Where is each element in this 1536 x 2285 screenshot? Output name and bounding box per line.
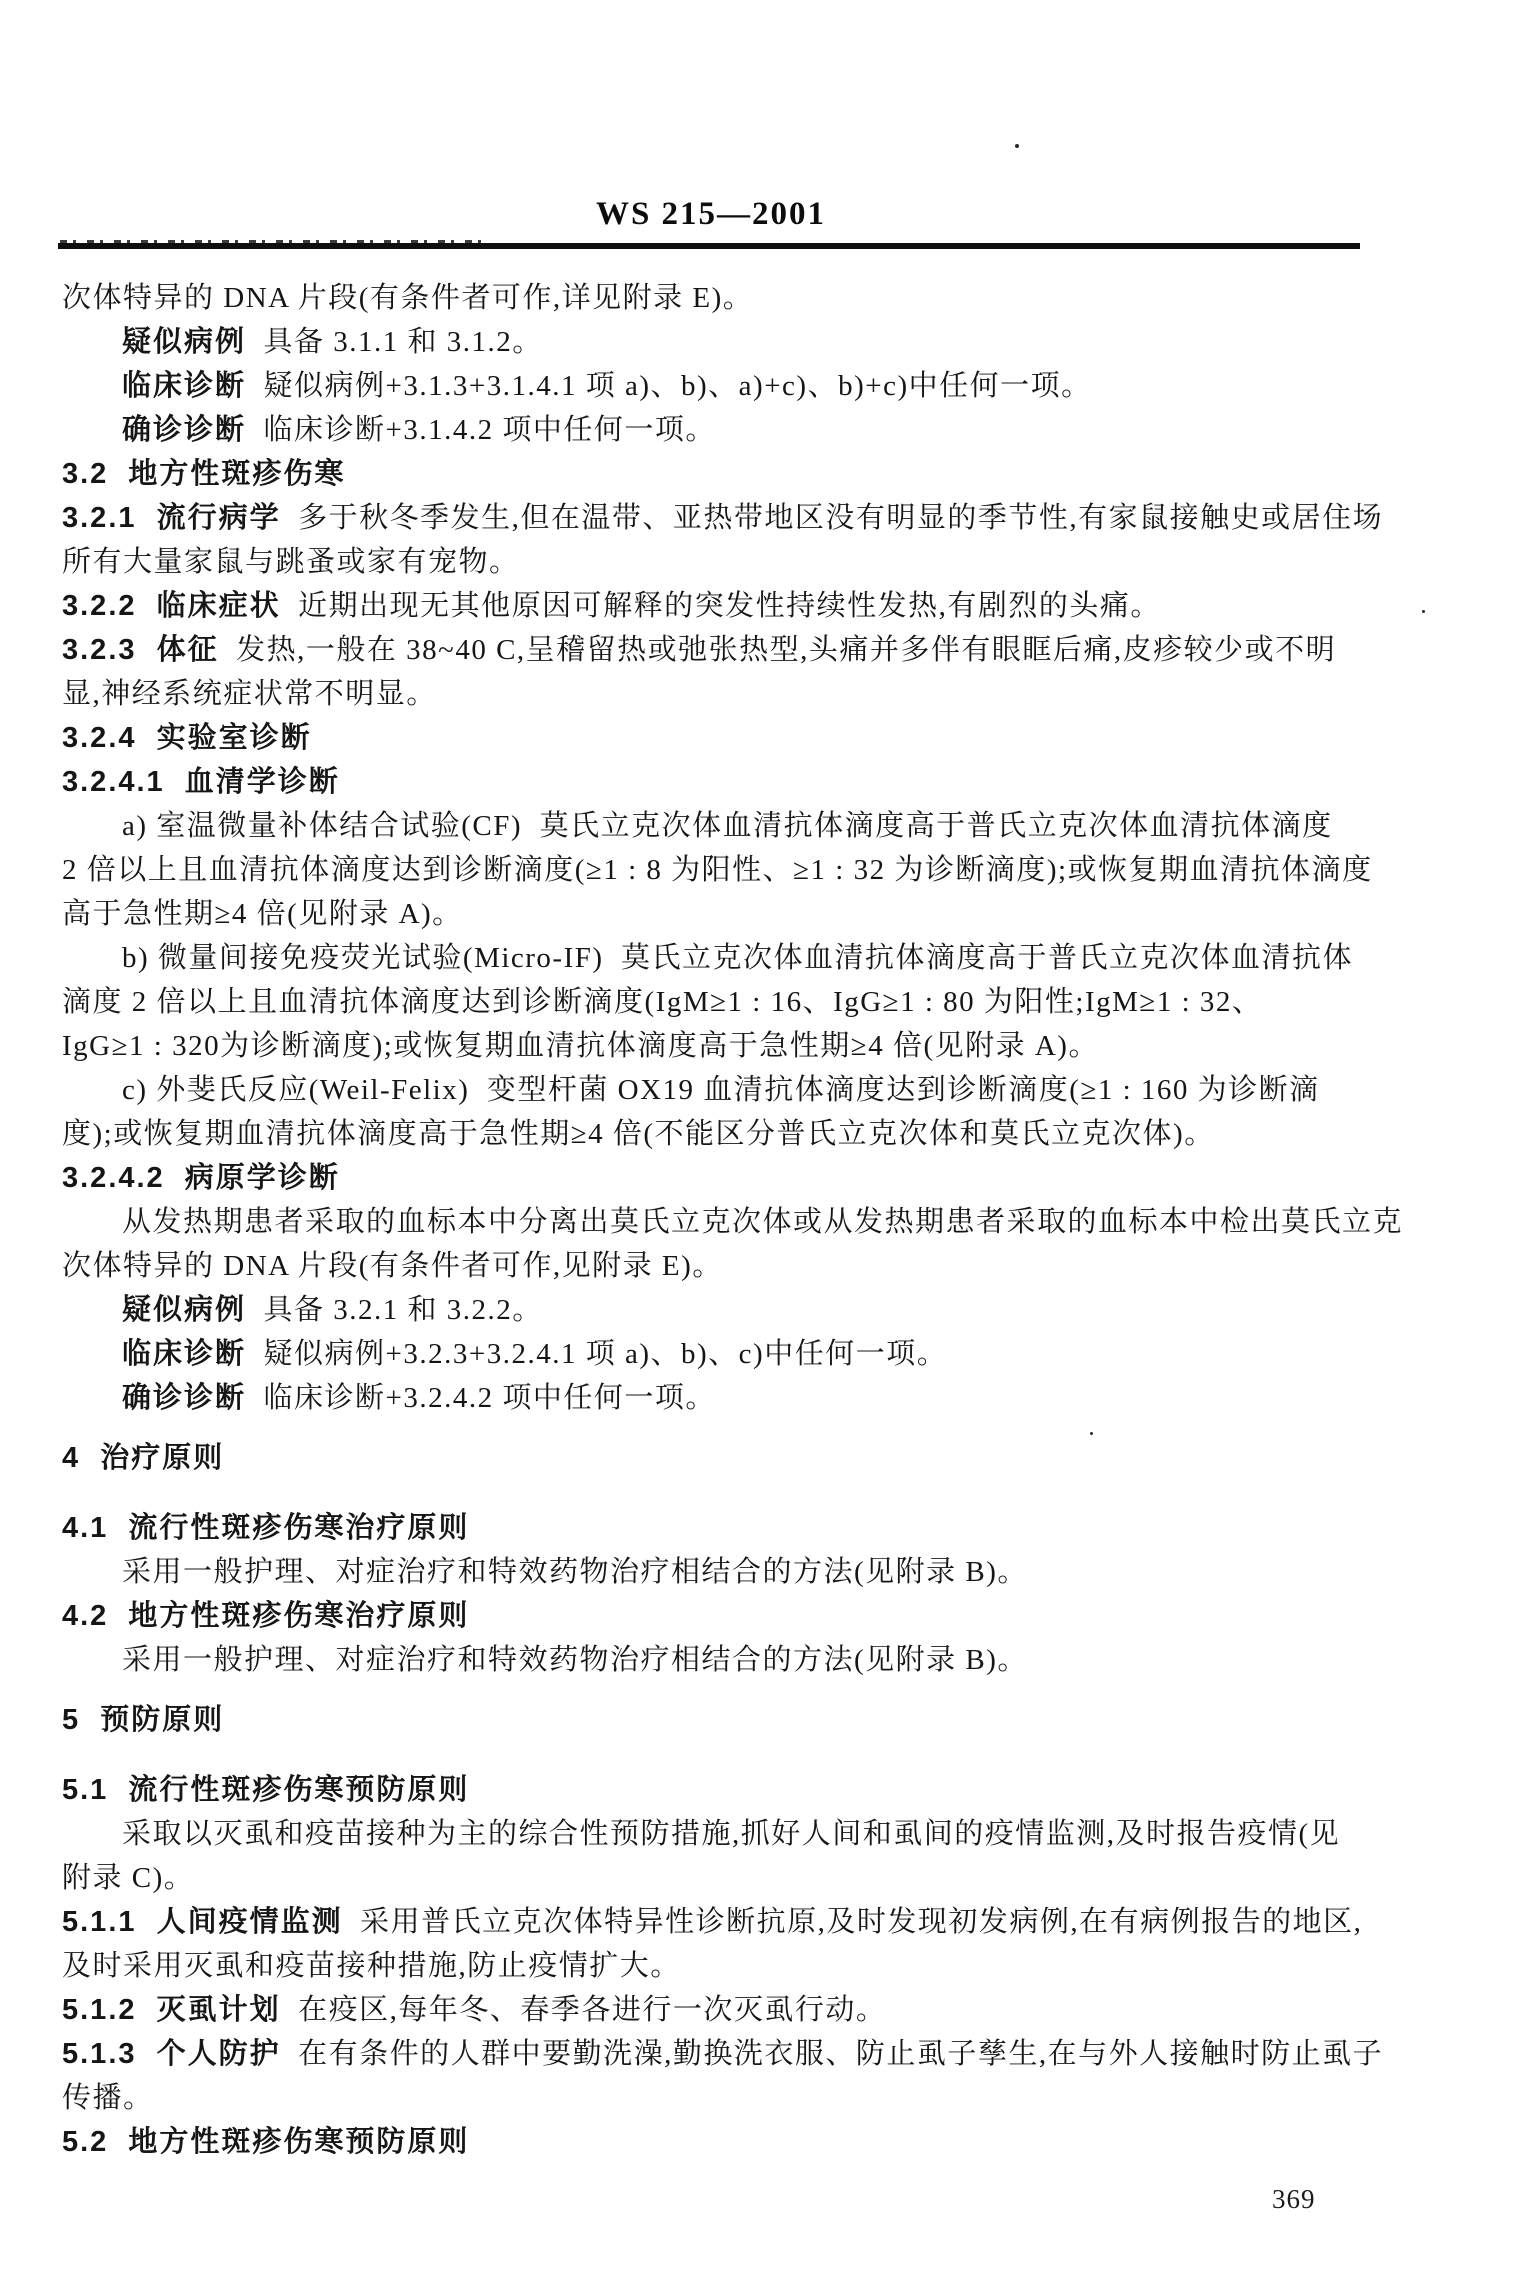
text-line: 度);或恢复期血清抗体滴度高于急性期≥4 倍(不能区分普氏立克次体和莫氏立克次体… [62,1112,1466,1156]
text-line: 显,神经系统症状常不明显。 [62,672,1466,716]
text-line: 5.2 地方性斑疹伤寒预防原则 [62,2120,1466,2164]
text-segment: 疑似病例+3.1.3+3.1.4.1 项 a)、b)、a)+c)、b)+c)中任… [246,370,1092,402]
text-line: 4.1 流行性斑疹伤寒治疗原则 [62,1506,1466,1550]
clause-label: 5.1.1 人间疫情监测 [62,1906,343,1938]
text-segment: 滴度 2 倍以上且血清抗体滴度达到诊断滴度(IgM≥1 : 16、IgG≥1 :… [62,986,1262,1018]
text-segment: 所有大量家鼠与跳蚤或家有宠物。 [62,546,520,578]
text-line: 所有大量家鼠与跳蚤或家有宠物。 [62,540,1466,584]
clause-label: 4 治疗原则 [62,1442,224,1474]
text-line: 采用一般护理、对症治疗和特效药物治疗相结合的方法(见附录 B)。 [62,1550,1466,1594]
text-segment: 具备 3.2.1 和 3.2.2。 [246,1294,543,1326]
scan-speck [1422,610,1425,613]
text-line: a) 室温微量补体结合试验(CF) 莫氏立克次体血清抗体滴度高于普氏立克次体血清… [62,804,1466,848]
text-line: b) 微量间接免疫荧光试验(Micro-IF) 莫氏立克次体血清抗体滴度高于普氏… [62,936,1466,980]
text-segment: 采取以灭虱和疫苗接种为主的综合性预防措施,抓好人间和虱间的疫情监测,及时报告疫情… [122,1818,1340,1850]
text-line: 疑似病例 具备 3.2.1 和 3.2.2。 [62,1288,1466,1332]
text-segment: c) 外斐氏反应(Weil-Felix) 变型杆菌 OX19 血清抗体滴度达到诊… [122,1074,1320,1106]
clause-label: 确诊诊断 [122,414,246,446]
scanned-standard-page: WS 215—2001 次体特异的 DNA 片段(有条件者可作,详见附录 E)。… [0,0,1536,2285]
running-head: WS 215—2001 [62,196,1360,233]
text-line: 从发热期患者采取的血标本中分离出莫氏立克次体或从发热期患者采取的血标本中检出莫氏… [62,1200,1466,1244]
clause-label: 3.2.2 临床症状 [62,590,281,622]
text-line: 高于急性期≥4 倍(见附录 A)。 [62,892,1466,936]
text-segment: 临床诊断+3.1.4.2 项中任何一项。 [246,414,716,446]
text-line: 临床诊断 疑似病例+3.1.3+3.1.4.1 项 a)、b)、a)+c)、b)… [62,364,1466,408]
section-heading-line: 5 预防原则 [62,1698,1466,1742]
text-line: 2 倍以上且血清抗体滴度达到诊断滴度(≥1 : 8 为阳性、≥1 : 32 为诊… [62,848,1466,892]
text-line: 确诊诊断 临床诊断+3.1.4.2 项中任何一项。 [62,408,1466,452]
scan-speck [1090,1432,1093,1435]
section-heading-line: 4 治疗原则 [62,1436,1466,1480]
clause-label: 5.1.3 个人防护 [62,2038,281,2070]
clause-label: 4.2 地方性斑疹伤寒治疗原则 [62,1600,469,1632]
text-line: 临床诊断 疑似病例+3.2.3+3.2.4.1 项 a)、b)、c)中任何一项。 [62,1332,1466,1376]
text-line: 疑似病例 具备 3.1.1 和 3.1.2。 [62,320,1466,364]
text-segment: b) 微量间接免疫荧光试验(Micro-IF) 莫氏立克次体血清抗体滴度高于普氏… [122,942,1353,974]
text-line: 3.2 地方性斑疹伤寒 [62,452,1466,496]
clause-label: 5.2 地方性斑疹伤寒预防原则 [62,2126,469,2158]
clause-label: 疑似病例 [122,326,246,358]
text-line: 5.1.2 灭虱计划 在疫区,每年冬、春季各进行一次灭虱行动。 [62,1988,1466,2032]
text-line: 5.1.1 人间疫情监测 采用普氏立克次体特异性诊断抗原,及时发现初发病例,在有… [62,1900,1466,1944]
text-segment: 次体特异的 DNA 片段(有条件者可作,见附录 E)。 [62,1250,723,1282]
text-line: 3.2.4.2 病原学诊断 [62,1156,1466,1200]
clause-label: 3.2.1 流行病学 [62,502,281,534]
text-segment: 传播。 [62,2082,154,2114]
text-segment: 在疫区,每年冬、春季各进行一次灭虱行动。 [281,1994,887,2026]
text-line: 5.1 流行性斑疹伤寒预防原则 [62,1768,1466,1812]
clause-label: 3.2 地方性斑疹伤寒 [62,458,345,490]
text-segment: 显,神经系统症状常不明显。 [62,678,437,710]
text-line: 滴度 2 倍以上且血清抗体滴度达到诊断滴度(IgM≥1 : 16、IgG≥1 :… [62,980,1466,1024]
text-line: 附录 C)。 [62,1856,1466,1900]
text-segment: 高于急性期≥4 倍(见附录 A)。 [62,898,463,930]
clause-label: 3.2.4 实验室诊断 [62,722,312,754]
text-segment: 采用普氏立克次体特异性诊断抗原,及时发现初发病例,在有病例报告的地区, [343,1906,1363,1938]
document-body: 次体特异的 DNA 片段(有条件者可作,详见附录 E)。疑似病例 具备 3.1.… [62,276,1466,2164]
clause-label: 5.1.2 灭虱计划 [62,1994,281,2026]
text-line: 采用一般护理、对症治疗和特效药物治疗相结合的方法(见附录 B)。 [62,1638,1466,1682]
text-line: 3.2.2 临床症状 近期出现无其他原因可解释的突发性持续性发热,有剧烈的头痛。 [62,584,1466,628]
text-line: 3.2.3 体征 发热,一般在 38~40 C,呈稽留热或弛张热型,头痛并多伴有… [62,628,1466,672]
text-line: 3.2.1 流行病学 多于秋冬季发生,但在温带、亚热带地区没有明显的季节性,有家… [62,496,1466,540]
page-number: 369 [1272,2184,1316,2215]
text-segment: IgG≥1 : 320为诊断滴度);或恢复期血清抗体滴度高于急性期≥4 倍(见附… [62,1030,1099,1062]
clause-label: 3.2.4.1 血清学诊断 [62,766,340,798]
text-segment: 临床诊断+3.2.4.2 项中任何一项。 [246,1382,716,1414]
text-segment: 附录 C)。 [62,1862,194,1894]
text-line: 3.2.4.1 血清学诊断 [62,760,1466,804]
text-line: 5.1.3 个人防护 在有条件的人群中要勤洗澡,勤换洗衣服、防止虱子孳生,在与外… [62,2032,1466,2076]
text-line: 确诊诊断 临床诊断+3.2.4.2 项中任何一项。 [62,1376,1466,1420]
text-segment: 疑似病例+3.2.3+3.2.4.1 项 a)、b)、c)中任何一项。 [246,1338,947,1370]
clause-label: 5.1 流行性斑疹伤寒预防原则 [62,1774,469,1806]
text-line: c) 外斐氏反应(Weil-Felix) 变型杆菌 OX19 血清抗体滴度达到诊… [62,1068,1466,1112]
clause-label: 3.2.3 体征 [62,634,219,666]
clause-label: 3.2.4.2 病原学诊断 [62,1162,340,1194]
text-line: 次体特异的 DNA 片段(有条件者可作,详见附录 E)。 [62,276,1466,320]
text-segment: 近期出现无其他原因可解释的突发性持续性发热,有剧烈的头痛。 [281,590,1161,622]
text-segment: 度);或恢复期血清抗体滴度高于急性期≥4 倍(不能区分普氏立克次体和莫氏立克次体… [62,1118,1215,1150]
text-line: 3.2.4 实验室诊断 [62,716,1466,760]
clause-label: 疑似病例 [122,1294,246,1326]
clause-label: 临床诊断 [122,370,246,402]
scan-speck [1015,144,1019,148]
text-segment: 采用一般护理、对症治疗和特效药物治疗相结合的方法(见附录 B)。 [122,1556,1028,1588]
text-segment: 次体特异的 DNA 片段(有条件者可作,详见附录 E)。 [62,282,753,314]
text-segment: a) 室温微量补体结合试验(CF) 莫氏立克次体血清抗体滴度高于普氏立克次体血清… [122,810,1333,842]
text-line: 采取以灭虱和疫苗接种为主的综合性预防措施,抓好人间和虱间的疫情监测,及时报告疫情… [62,1812,1466,1856]
text-segment: 2 倍以上且血清抗体滴度达到诊断滴度(≥1 : 8 为阳性、≥1 : 32 为诊… [62,854,1373,886]
text-segment: 在有条件的人群中要勤洗澡,勤换洗衣服、防止虱子孳生,在与外人接触时防止虱子 [281,2038,1384,2070]
text-line: 传播。 [62,2076,1466,2120]
text-line: IgG≥1 : 320为诊断滴度);或恢复期血清抗体滴度高于急性期≥4 倍(见附… [62,1024,1466,1068]
text-segment: 及时采用灭虱和疫苗接种措施,防止疫情扩大。 [62,1950,681,1982]
clause-label: 4.1 流行性斑疹伤寒治疗原则 [62,1512,469,1544]
text-line: 及时采用灭虱和疫苗接种措施,防止疫情扩大。 [62,1944,1466,1988]
header-rule [58,243,1360,249]
clause-label: 确诊诊断 [122,1382,246,1414]
text-segment: 多于秋冬季发生,但在温带、亚热带地区没有明显的季节性,有家鼠接触史或居住场 [281,502,1384,534]
text-line: 次体特异的 DNA 片段(有条件者可作,见附录 E)。 [62,1244,1466,1288]
text-segment: 发热,一般在 38~40 C,呈稽留热或弛张热型,头痛并多伴有眼眶后痛,皮疹较少… [219,634,1337,666]
standard-number: WS 215—2001 [596,196,826,232]
clause-label: 临床诊断 [122,1338,246,1370]
text-segment: 采用一般护理、对症治疗和特效药物治疗相结合的方法(见附录 B)。 [122,1644,1028,1676]
clause-label: 5 预防原则 [62,1704,224,1736]
text-line: 4.2 地方性斑疹伤寒治疗原则 [62,1594,1466,1638]
text-segment: 从发热期患者采取的血标本中分离出莫氏立克次体或从发热期患者采取的血标本中检出莫氏… [122,1206,1403,1238]
text-segment: 具备 3.1.1 和 3.1.2。 [246,326,543,358]
